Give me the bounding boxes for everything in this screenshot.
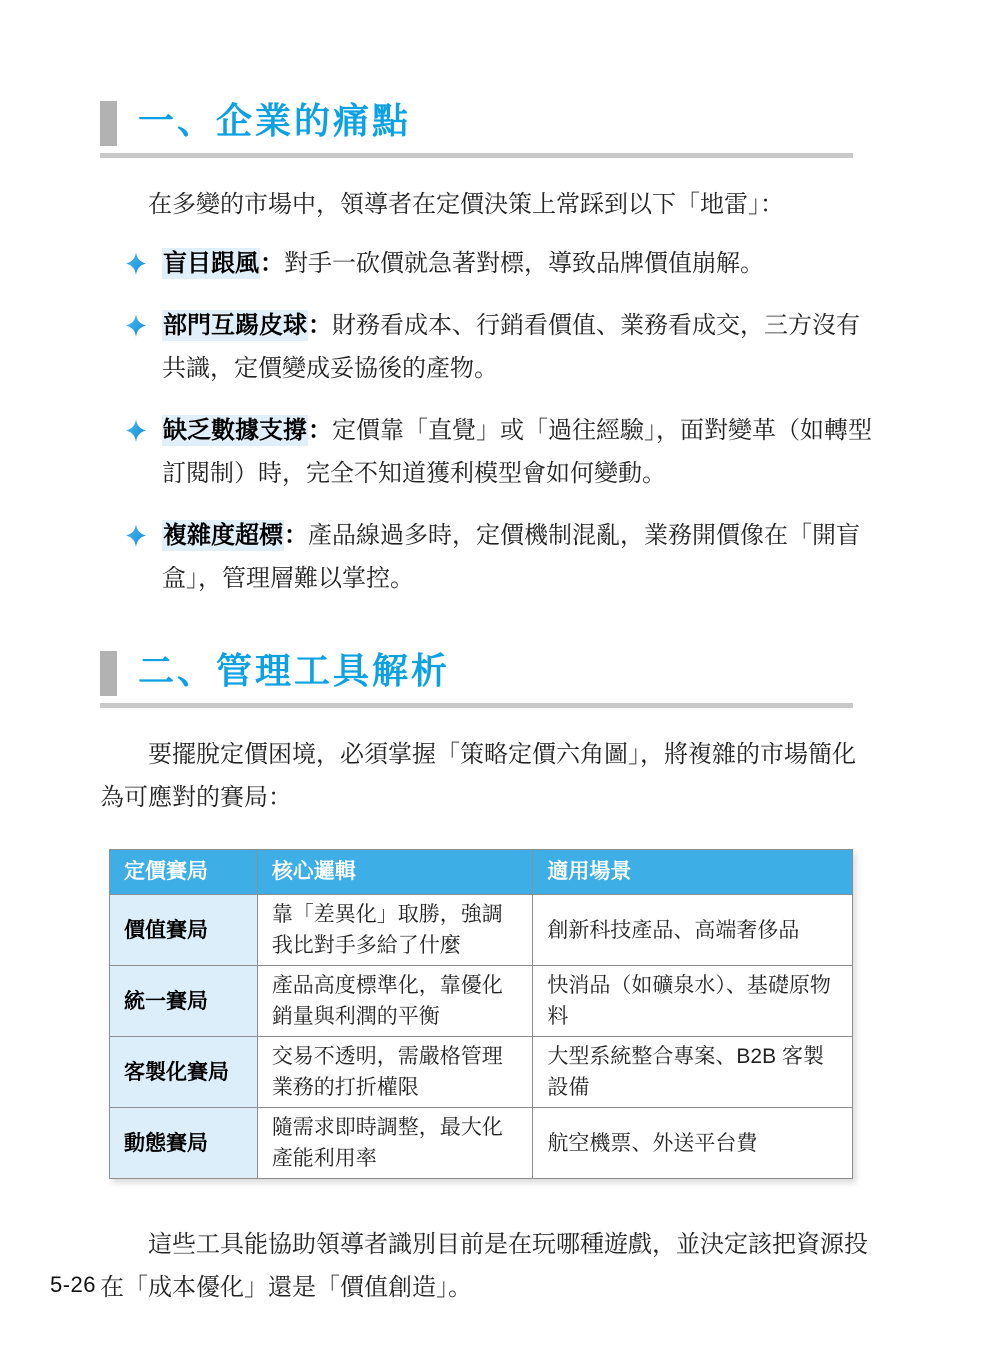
core-logic-cell: 靠「差異化」取勝，強調我比對手多給了什麼 [257,895,533,966]
heading-accent-bar [100,651,117,696]
section-2-intro-paragraph: 要擺脫定價困境，必須掌握「策略定價六角圖」，將複雜的市場簡化為可應對的賽局： [100,733,873,819]
use-case-cell: 快消品（如礦泉水）、基礎原物料 [533,966,853,1037]
game-name-cell: 價值賽局 [110,895,258,966]
pain-point-term: 複雜度超標 [162,520,284,551]
pain-point-list: 盲目跟風：對手一砍價就急著對標，導致品牌價值崩解。 部門互踢皮球：財務看成本、行… [100,242,873,600]
heading-underline-rule [100,703,853,708]
pain-point-term: 缺乏數據支撐 [162,415,308,446]
heading-underline-rule [100,153,853,158]
use-case-cell: 航空機票、外送平台費 [533,1108,853,1179]
term-separator: ： [308,417,332,444]
use-case-cell: 大型系統整合專案、B2B 客製設備 [533,1037,853,1108]
sparkle-bullet-icon [126,252,146,275]
game-name-cell: 動態賽局 [110,1108,258,1179]
section-2-title: 二、管理工具解析 [138,646,853,696]
core-logic-cell: 交易不透明，需嚴格管理業務的打折權限 [257,1037,533,1108]
page-number: 5-26 [50,1272,96,1298]
column-header: 適用場景 [533,850,853,895]
term-separator: ： [260,250,284,277]
heading-accent-bar [100,101,117,146]
sparkle-bullet-icon [126,314,146,337]
closing-paragraph: 這些工具能協助領導者識別目前是在玩哪種遊戲，並決定該把資源投在「成本優化」還是「… [100,1223,873,1309]
core-logic-cell: 隨需求即時調整，最大化產能利用率 [257,1108,533,1179]
section-heading-2: 二、管理工具解析 [100,646,853,696]
table-row: 動態賽局 隨需求即時調整，最大化產能利用率 航空機票、外送平台費 [110,1108,853,1179]
table-header-row: 定價賽局 核心邏輯 適用場景 [110,850,853,895]
term-separator: ： [308,312,332,339]
table-row: 價值賽局 靠「差異化」取勝，強調我比對手多給了什麼 創新科技產品、高端奢侈品 [110,895,853,966]
section-heading-1: 一、企業的痛點 [100,96,853,146]
page-content: 一、企業的痛點 在多變的市場中，領導者在定價決策上常踩到以下「地雷」： 盲目跟風… [100,96,853,1309]
sparkle-bullet-icon [126,524,146,547]
document-page: 一、企業的痛點 在多變的市場中，領導者在定價決策上常踩到以下「地雷」： 盲目跟風… [0,0,1000,1353]
list-item: 缺乏數據支撐：定價靠「直覺」或「過往經驗」，面對變革（如轉型訂閱制）時，完全不知… [100,409,873,495]
game-name-cell: 統一賽局 [110,966,258,1037]
table-row: 客製化賽局 交易不透明，需嚴格管理業務的打折權限 大型系統整合專案、B2B 客製… [110,1037,853,1108]
use-case-cell: 創新科技產品、高端奢侈品 [533,895,853,966]
column-header: 定價賽局 [110,850,258,895]
pricing-game-table: 定價賽局 核心邏輯 適用場景 價值賽局 靠「差異化」取勝，強調我比對手多給了什麼… [109,849,853,1179]
sparkle-bullet-icon [126,419,146,442]
term-separator: ： [284,522,308,549]
game-name-cell: 客製化賽局 [110,1037,258,1108]
pain-point-desc: 對手一砍價就急著對標，導致品牌價值崩解。 [284,250,764,277]
column-header: 核心邏輯 [257,850,533,895]
table-row: 統一賽局 產品高度標準化，靠優化銷量與利潤的平衡 快消品（如礦泉水）、基礎原物料 [110,966,853,1037]
section-1-title: 一、企業的痛點 [138,96,853,146]
pain-point-term: 部門互踢皮球 [162,310,308,341]
section-1-intro-paragraph: 在多變的市場中，領導者在定價決策上常踩到以下「地雷」： [100,183,873,226]
pain-point-term: 盲目跟風 [162,248,260,279]
core-logic-cell: 產品高度標準化，靠優化銷量與利潤的平衡 [257,966,533,1037]
list-item: 盲目跟風：對手一砍價就急著對標，導致品牌價值崩解。 [100,242,873,285]
list-item: 複雜度超標：產品線過多時，定價機制混亂，業務開價像在「開盲盒」，管理層難以掌控。 [100,514,873,600]
list-item: 部門互踢皮球：財務看成本、行銷看價值、業務看成交，三方沒有共識，定價變成妥協後的… [100,304,873,390]
